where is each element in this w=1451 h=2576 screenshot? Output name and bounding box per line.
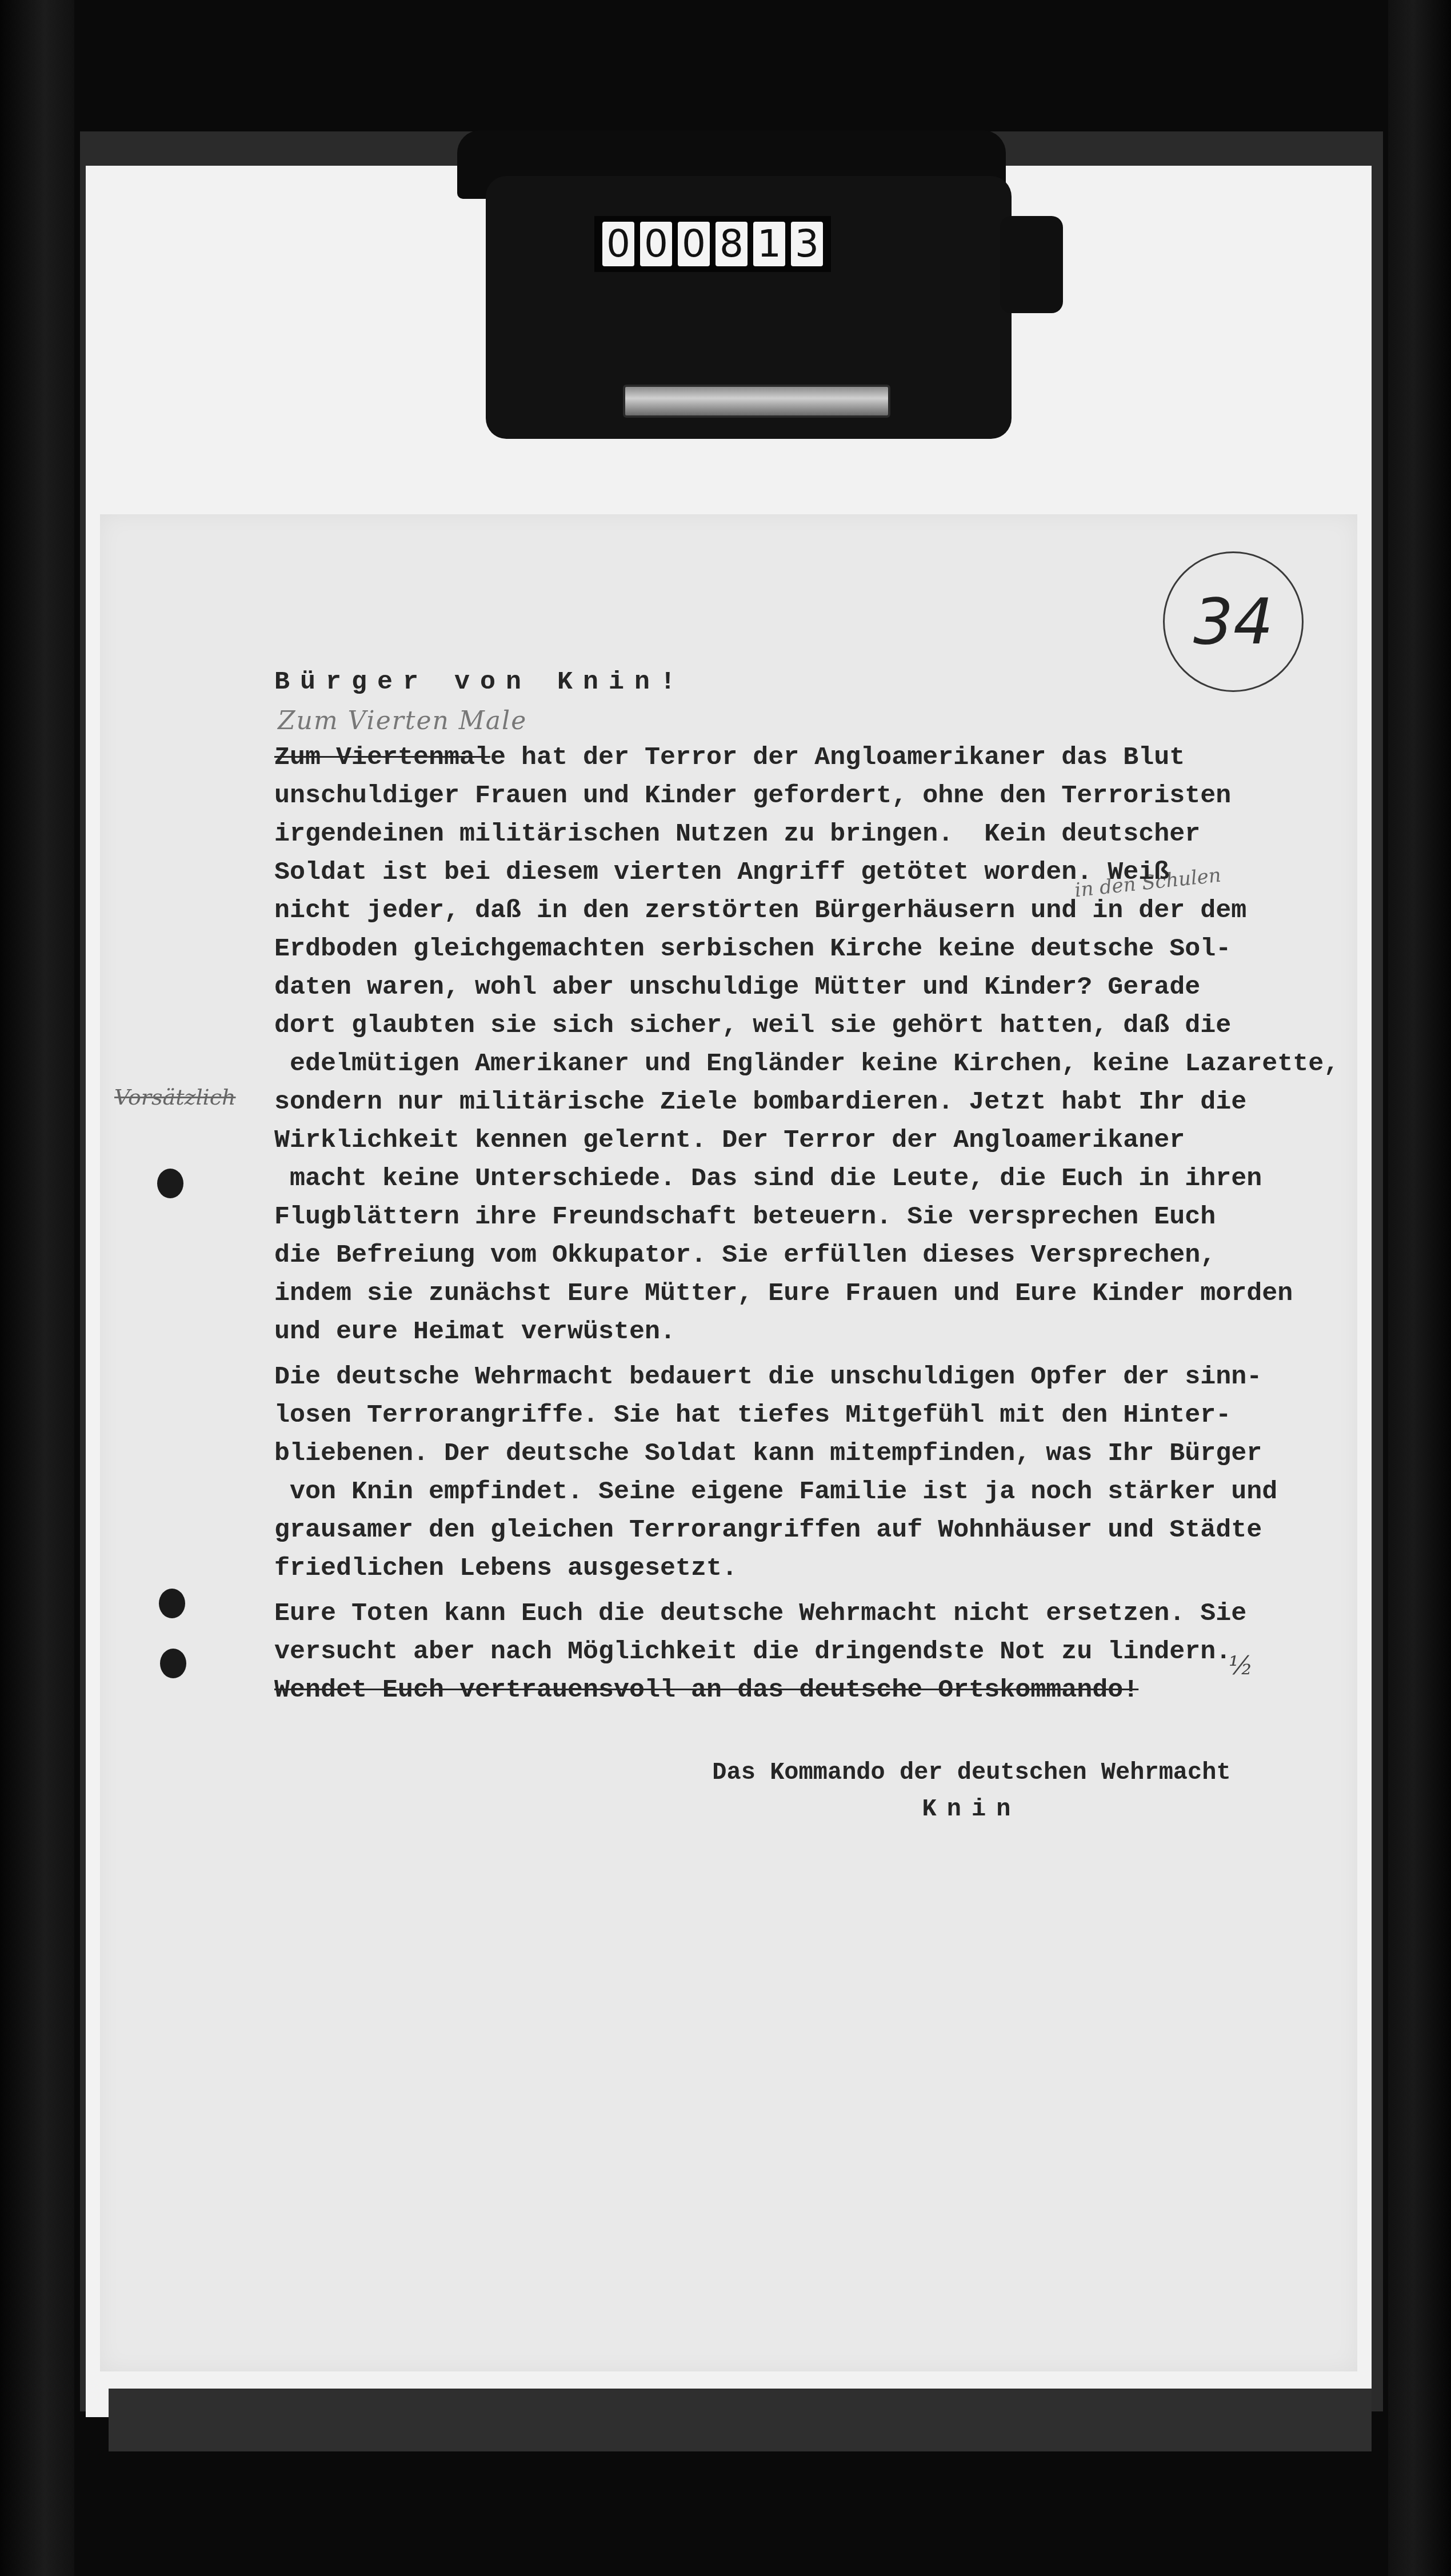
text-line: Wirklichkeit kennen gelernt. Der Terror …: [274, 1121, 1360, 1159]
clip-nameplate: [623, 385, 890, 418]
text-line: Die deutsche Wehrmacht bedauert die unsc…: [274, 1358, 1360, 1396]
clip-knob: [1000, 216, 1063, 313]
text-line: nicht jeder, daß in den zerstörten Bürge…: [274, 891, 1360, 930]
punch-hole: [160, 1649, 186, 1678]
text-line: indem sie zunächst Eure Mütter, Eure Fra…: [274, 1274, 1360, 1313]
struck-margin-note: Vorsätzlich: [114, 1085, 236, 1110]
signature-place: Knin: [697, 1791, 1246, 1827]
paragraph-1: Zum Viertenmale hat der Terror der Anglo…: [274, 738, 1360, 1351]
counter-digit: 0: [678, 222, 710, 266]
text-line: versucht aber nach Möglichkeit die dring…: [274, 1633, 1360, 1671]
signature-unit: Das Kommando der deutschen Wehrmacht: [697, 1754, 1246, 1791]
text-line: grausamer den gleichen Terrorangriffen a…: [274, 1511, 1360, 1549]
counter-digit: 3: [791, 222, 823, 266]
counter-digit: 1: [753, 222, 785, 266]
frame-counter-clip: 0 0 0 8 1 3: [451, 130, 1006, 450]
punch-hole: [159, 1589, 185, 1618]
text-line: edelmütigen Amerikaner und Engländer kei…: [274, 1045, 1360, 1083]
text-line: unschuldiger Frauen und Kinder gefordert…: [274, 777, 1360, 815]
film-edge-right: [1388, 0, 1451, 2576]
text-line: sondern nur militärische Ziele bombardie…: [274, 1083, 1360, 1121]
paragraph-2: Die deutsche Wehrmacht bedauert die unsc…: [274, 1358, 1360, 1587]
text-line: daten waren, wohl aber unschuldige Mütte…: [274, 968, 1360, 1006]
text-line: von Knin empfindet. Seine eigene Familie…: [274, 1473, 1360, 1511]
text-line: macht keine Unterschiede. Das sind die L…: [274, 1159, 1360, 1198]
document-title: Bürger von Knin!: [274, 663, 1360, 701]
frame-counter: 0 0 0 8 1 3: [594, 216, 831, 272]
counter-digit: 0: [602, 222, 634, 266]
counter-digit: 0: [640, 222, 672, 266]
bottom-film-band: [109, 2389, 1372, 2451]
punch-hole: [157, 1169, 183, 1198]
counter-digit: 8: [715, 222, 748, 266]
text-line: irgendeinen militärischen Nutzen zu brin…: [274, 815, 1360, 853]
signature-block: Das Kommando der deutschen Wehrmacht Kni…: [697, 1754, 1246, 1827]
text-line: die Befreiung vom Okkupator. Sie erfülle…: [274, 1236, 1360, 1274]
text-line: Flugblättern ihre Freundschaft beteuern.…: [274, 1198, 1360, 1236]
text-line: friedlichen Lebens ausgesetzt.: [274, 1549, 1360, 1587]
text-line: Eure Toten kann Euch die deutsche Wehrma…: [274, 1594, 1360, 1633]
handwritten-correction: Zum Vierten Male: [278, 704, 1360, 738]
text-line: Soldat ist bei diesem vierten Angriff ge…: [274, 853, 1360, 891]
paragraph-3: Eure Toten kann Euch die deutsche Wehrma…: [274, 1594, 1360, 1709]
struck-text: Zum Viertenmal: [274, 743, 490, 772]
document-body: Bürger von Knin! Zum Vierten Male Zum Vi…: [274, 663, 1360, 1716]
film-edge-left: [0, 0, 74, 2576]
text-line: Zum Viertenmale hat der Terror der Anglo…: [274, 738, 1360, 777]
text-line: Erdboden gleichgemachten serbischen Kirc…: [274, 930, 1360, 968]
text-line: losen Terrorangriffe. Sie hat tiefes Mit…: [274, 1396, 1360, 1434]
text-line: dort glaubten sie sich sicher, weil sie …: [274, 1006, 1360, 1045]
text-line: und eure Heimat verwüsten.: [274, 1313, 1360, 1351]
struck-text-line: Wendet Euch vertrauensvoll an das deutsc…: [274, 1671, 1360, 1709]
text-line: bliebenen. Der deutsche Soldat kann mite…: [274, 1434, 1360, 1473]
